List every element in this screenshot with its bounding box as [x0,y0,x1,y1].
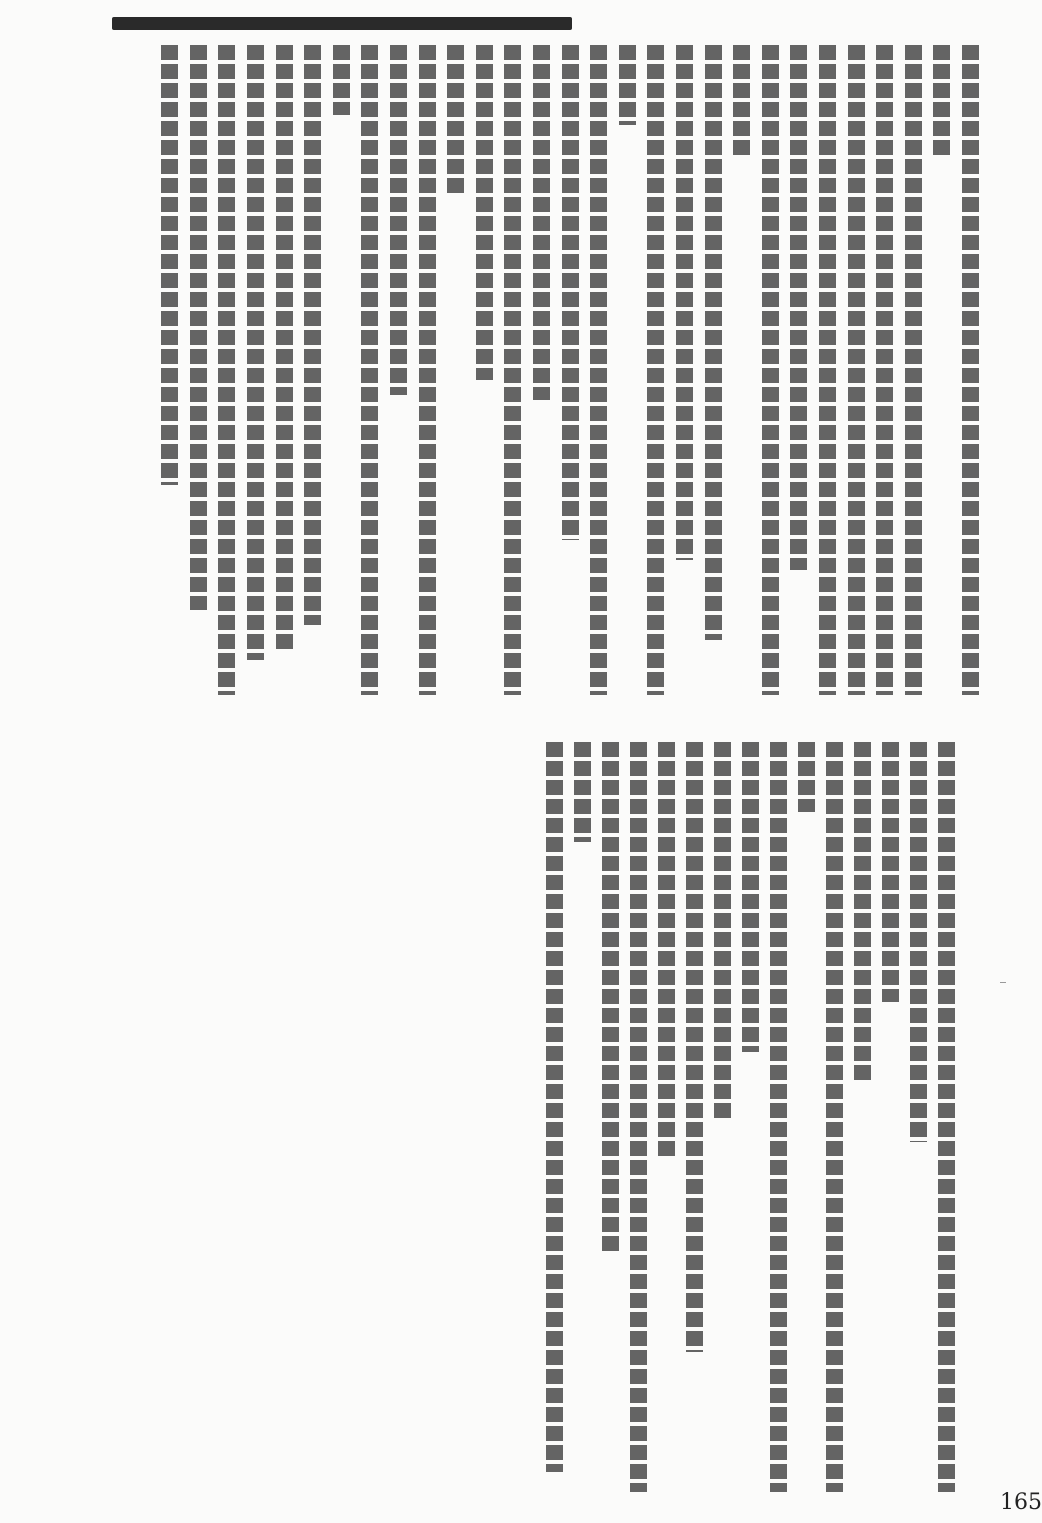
text-column-placeholder [819,45,836,695]
text-column-placeholder [647,45,664,695]
text-column-placeholder [447,45,464,195]
text-column-placeholder [390,45,407,395]
page-number: 165 [1000,1490,1042,1515]
text-column-placeholder [602,742,619,1252]
text-column-placeholder [933,45,950,155]
text-column-placeholder [590,45,607,695]
text-column-placeholder [876,45,893,695]
text-column-placeholder [361,45,378,695]
running-header [112,12,572,34]
text-column-placeholder [619,45,636,125]
text-column-placeholder [882,742,899,1002]
text-column-placeholder [161,45,178,485]
text-column-placeholder [419,45,436,695]
text-column-placeholder [714,742,731,1122]
text-column-placeholder [854,742,871,1082]
text-column-placeholder [848,45,865,695]
text-column-placeholder [676,45,693,560]
text-column-placeholder [562,45,579,540]
text-column-placeholder [304,45,321,625]
text-column-placeholder [533,45,550,400]
text-column-placeholder [905,45,922,695]
text-column-placeholder [574,742,591,842]
text-column-placeholder [247,45,264,660]
header-placeholder [112,17,572,30]
text-column-placeholder [790,45,807,570]
text-column-placeholder [218,45,235,695]
text-column-placeholder [333,45,350,115]
text-column-placeholder [938,742,955,1492]
text-column-placeholder [826,742,843,1492]
text-column-placeholder [762,45,779,695]
text-column-placeholder [962,45,979,695]
text-column-placeholder [190,45,207,610]
text-column-placeholder [546,742,563,1472]
text-column-placeholder [910,742,927,1142]
text-column-placeholder [686,742,703,1352]
text-column-placeholder [476,45,493,380]
text-column-placeholder [276,45,293,650]
text-column-placeholder [630,742,647,1492]
text-column-placeholder [733,45,750,155]
text-column-placeholder [742,742,759,1052]
text-column-placeholder [770,742,787,1492]
text-column-placeholder [658,742,675,1157]
text-column-placeholder [705,45,722,640]
scan-mark [1000,982,1006,983]
text-column-placeholder [504,45,521,695]
text-column-placeholder [798,742,815,812]
